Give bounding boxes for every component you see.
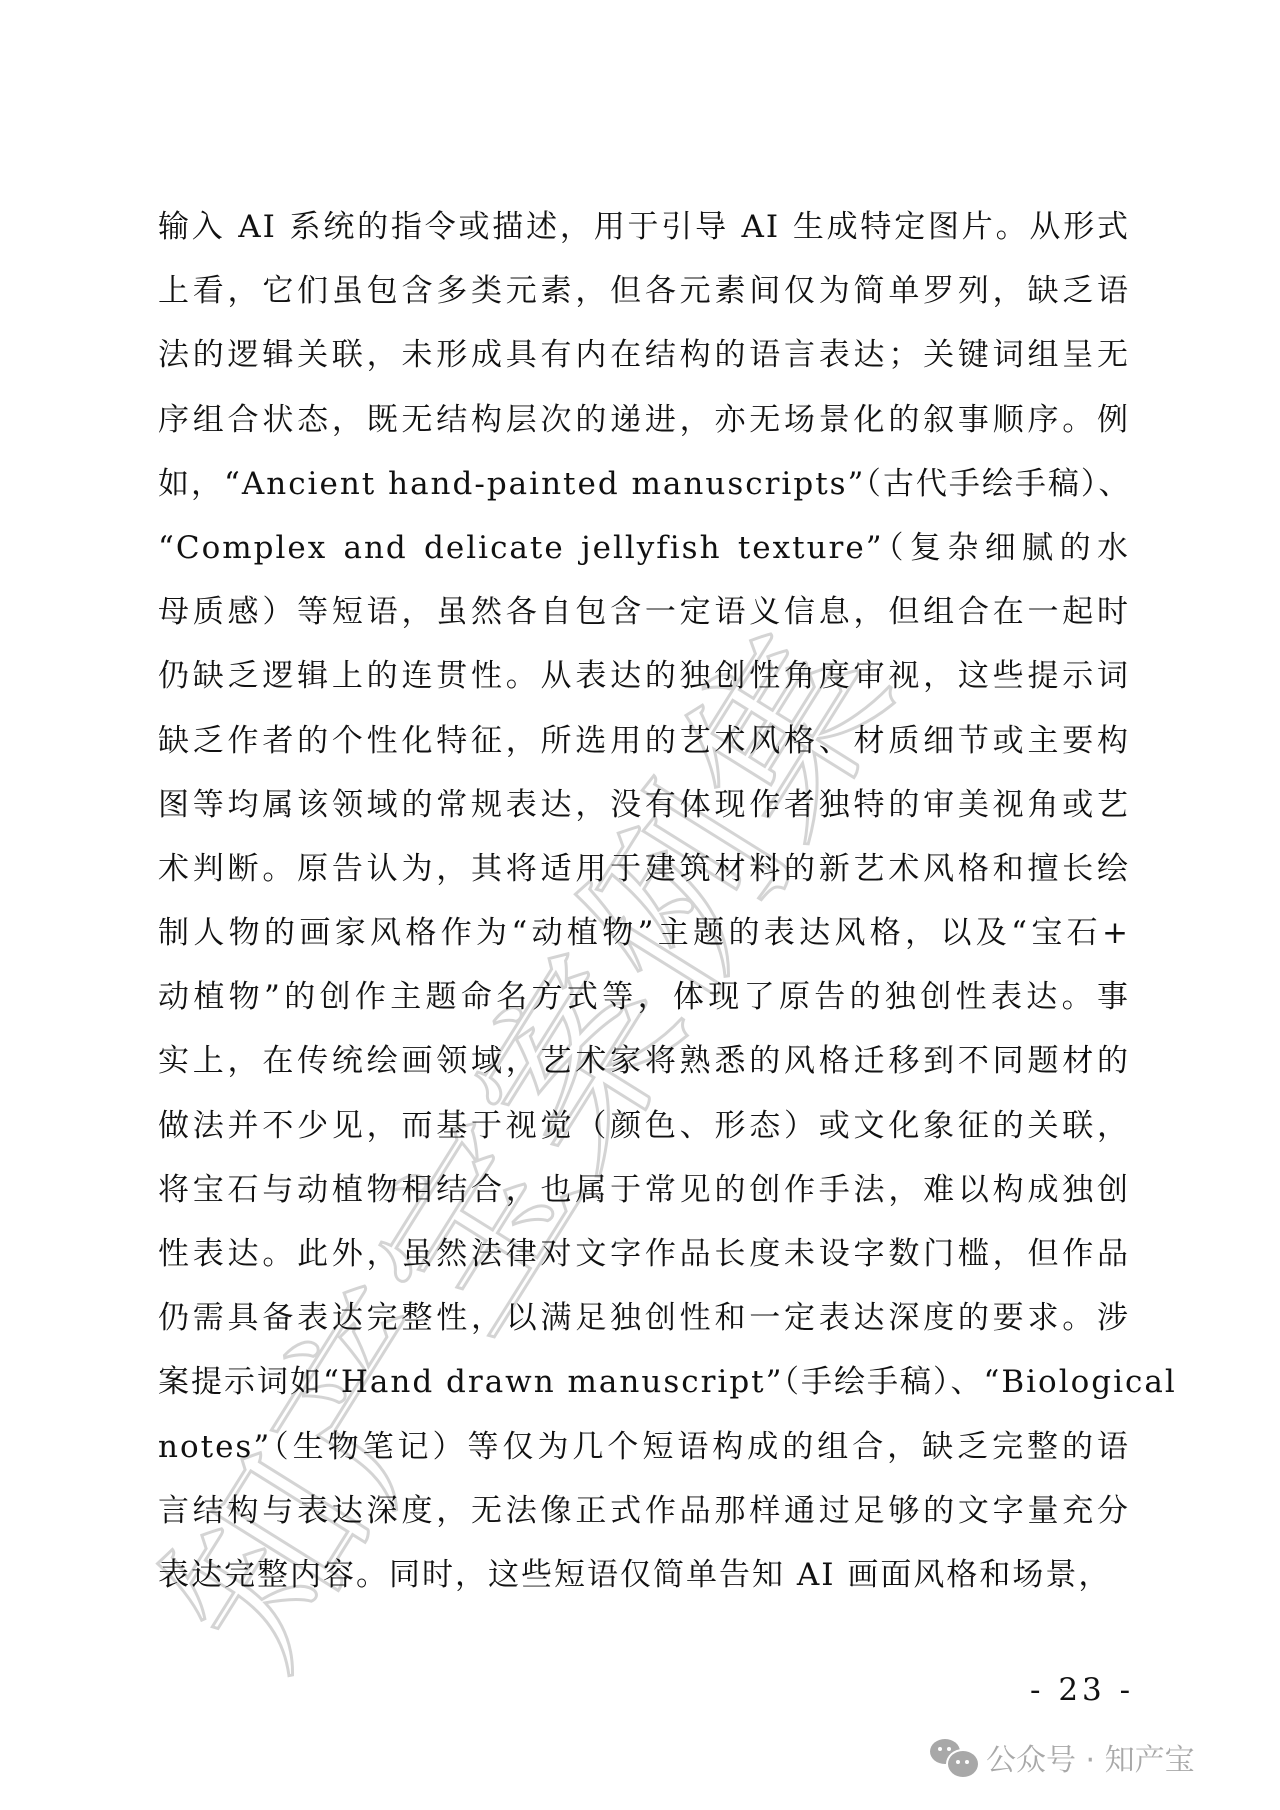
text-line: 术判断。原告认为，其将适用于建筑材料的新艺术风格和擅长绘	[158, 837, 1130, 901]
text-line: notes”（生物笔记）等仅为几个短语构成的组合，缺乏完整的语	[158, 1415, 1130, 1479]
text-line: 缺乏作者的个性化特征，所选用的艺术风格、材质细节或主要构	[158, 709, 1130, 773]
text-line: 输入 AI 系统的指令或描述，用于引导 AI 生成特定图片。从形式	[158, 195, 1130, 259]
text-line: 图等均属该领域的常规表达，没有体现作者独特的审美视角或艺	[158, 773, 1130, 837]
text-line: 表达完整内容。同时，这些短语仅简单告知 AI 画面风格和场景，	[158, 1543, 1130, 1607]
text-line: 上看，它们虽包含多类元素，但各元素间仅为简单罗列，缺乏语	[158, 259, 1130, 323]
text-line: 仍缺乏逻辑上的连贯性。从表达的独创性角度审视，这些提示词	[158, 644, 1130, 708]
text-line: 性表达。此外，虽然法律对文字作品长度未设字数门槛，但作品	[158, 1222, 1130, 1286]
text-line: 序组合状态，既无结构层次的递进，亦无场景化的叙事顺序。例	[158, 388, 1130, 452]
text-line: “Complex and delicate jellyfish texture”…	[158, 516, 1130, 580]
text-line: 如，“Ancient hand-painted manuscripts”（古代手…	[158, 452, 1130, 516]
text-line: 做法并不少见，而基于视觉（颜色、形态）或文化象征的关联，	[158, 1094, 1130, 1158]
footer-label: 公众号 · 知产宝	[986, 1735, 1195, 1779]
text-line: 实上，在传统绘画领域，艺术家将熟悉的风格迁移到不同题材的	[158, 1029, 1130, 1093]
document-page: 知产宝案例集 输入 AI 系统的指令或描述，用于引导 AI 生成特定图片。从形式…	[0, 0, 1280, 1810]
footer-brand: 公众号 · 知产宝	[930, 1735, 1195, 1779]
wechat-icon	[930, 1737, 978, 1777]
text-line: 将宝石与动植物相结合，也属于常见的创作手法，难以构成独创	[158, 1158, 1130, 1222]
page-number: - 23 -	[1030, 1672, 1134, 1708]
text-line: 动植物”的创作主题命名方式等，体现了原告的独创性表达。事	[158, 965, 1130, 1029]
text-line: 法的逻辑关联，未形成具有内在结构的语言表达；关键词组呈无	[158, 323, 1130, 387]
text-line: 案提示词如“Hand drawn manuscript”（手绘手稿）、“Biol…	[158, 1350, 1130, 1414]
text-line: 制人物的画家风格作为“动植物”主题的表达风格，以及“宝石+	[158, 901, 1130, 965]
text-line: 言结构与表达深度，无法像正式作品那样通过足够的文字量充分	[158, 1479, 1130, 1543]
text-line: 母质感）等短语，虽然各自包含一定语义信息，但组合在一起时	[158, 580, 1130, 644]
body-paragraph: 输入 AI 系统的指令或描述，用于引导 AI 生成特定图片。从形式 上看，它们虽…	[158, 195, 1130, 1607]
text-line: 仍需具备表达完整性，以满足独创性和一定表达深度的要求。涉	[158, 1286, 1130, 1350]
